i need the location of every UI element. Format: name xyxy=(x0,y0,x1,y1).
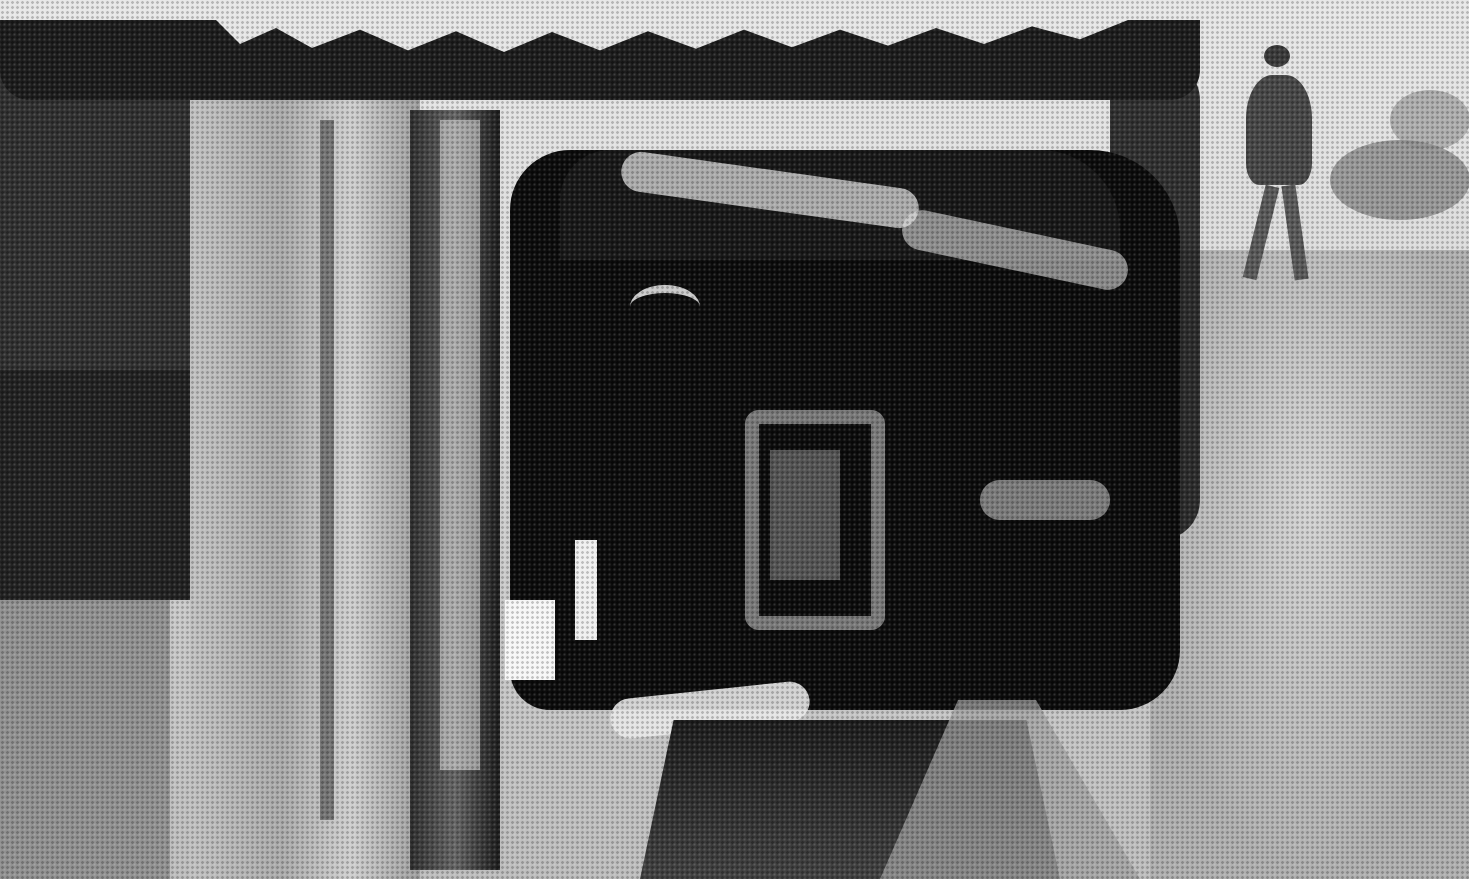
background-person xyxy=(1240,45,1320,285)
person-leg xyxy=(1281,184,1308,280)
left-lower-panel xyxy=(0,600,170,879)
bracket-highlight xyxy=(505,600,555,680)
camera-knob xyxy=(630,285,700,329)
person-leg xyxy=(1243,185,1280,281)
person-body xyxy=(1246,75,1312,185)
background-shrub xyxy=(1390,90,1469,150)
lever-highlight xyxy=(575,540,597,640)
side-highlight xyxy=(980,480,1110,520)
post-seam xyxy=(320,120,334,820)
background-shrub xyxy=(1330,140,1469,220)
left-box xyxy=(0,370,210,600)
halftone-photograph xyxy=(0,0,1469,879)
frame-edge xyxy=(440,120,480,770)
support-post xyxy=(190,100,420,879)
person-head xyxy=(1264,45,1290,67)
viewfinder-inner xyxy=(770,450,840,580)
